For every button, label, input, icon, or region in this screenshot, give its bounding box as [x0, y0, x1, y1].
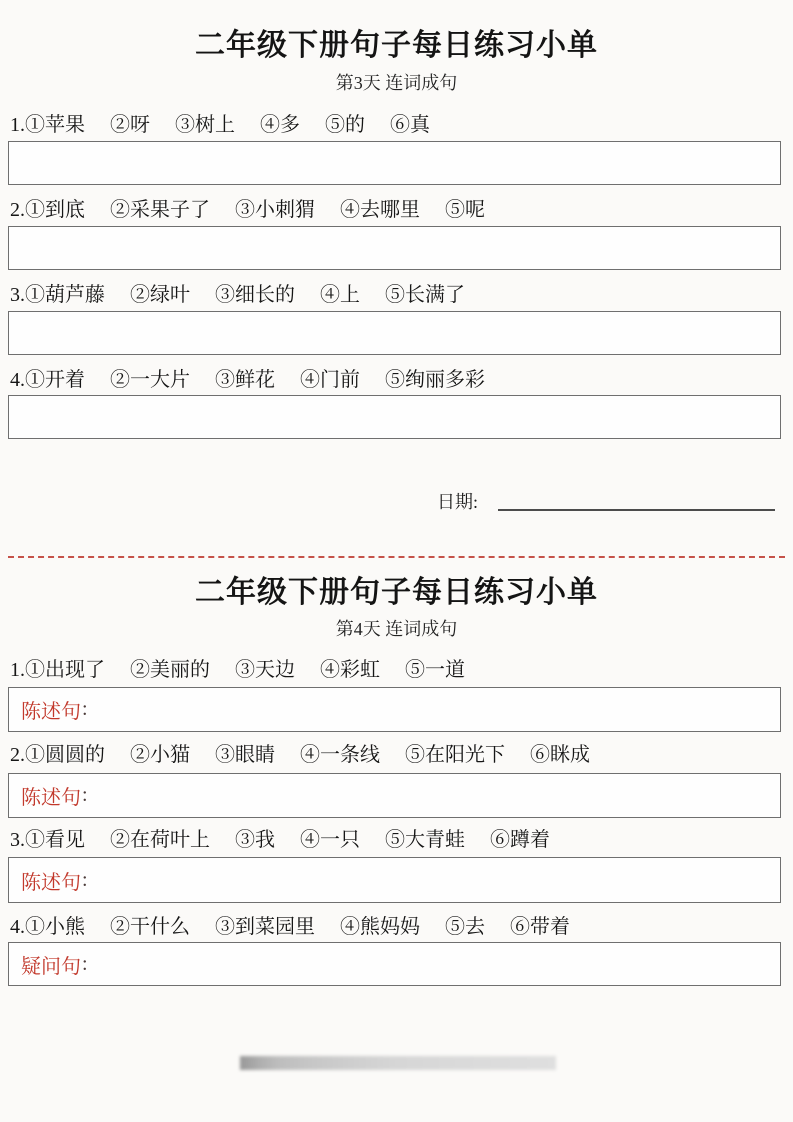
- answer-type-label: 陈述句: [21, 695, 81, 724]
- exercise-words: ①葫芦藤 ②绿叶 ③细长的 ④上 ⑤长满了: [25, 284, 465, 306]
- answer-type-label: 陈述句: [21, 781, 81, 810]
- answer-label-colon: :: [82, 784, 88, 807]
- dashed-section-divider: [8, 556, 785, 558]
- exercise-words: ①苹果 ②呀 ③树上 ④多 ⑤的 ⑥真: [25, 114, 430, 136]
- worksheet-page: 二年级下册句子每日练习小单 第3天 连词成句 1.①苹果 ②呀 ③树上 ④多 ⑤…: [0, 0, 793, 1122]
- exercise-number: 1.: [10, 659, 25, 681]
- exercise-number: 4.: [10, 369, 25, 391]
- answer-box[interactable]: [8, 141, 781, 185]
- answer-box[interactable]: 陈述句:: [8, 773, 781, 818]
- exercise-number: 2.: [10, 199, 25, 221]
- exercise-number: 3.: [10, 284, 25, 306]
- exercise-prompt: 2.①到底 ②采果子了 ③小刺猬 ④去哪里 ⑤呢: [10, 193, 785, 222]
- exercise-prompt: 4.①小熊 ②干什么 ③到菜园里 ④熊妈妈 ⑤去 ⑥带着: [10, 910, 785, 939]
- exercise-words: ①开着 ②一大片 ③鲜花 ④门前 ⑤绚丽多彩: [25, 369, 485, 391]
- exercise-prompt: 4.①开着 ②一大片 ③鲜花 ④门前 ⑤绚丽多彩: [10, 363, 785, 392]
- answer-box[interactable]: [8, 226, 781, 270]
- date-label: 日期:: [437, 488, 478, 514]
- answer-box[interactable]: 陈述句:: [8, 857, 781, 903]
- section-subtitle-day4: 第4天 连词成句: [0, 615, 793, 641]
- answer-label-colon: :: [82, 698, 88, 721]
- answer-label-colon: :: [82, 869, 88, 892]
- exercise-prompt: 1.①苹果 ②呀 ③树上 ④多 ⑤的 ⑥真: [10, 108, 785, 137]
- date-fill-in-line[interactable]: [498, 492, 775, 511]
- answer-box[interactable]: 疑问句:: [8, 942, 781, 986]
- answer-label-colon: :: [82, 953, 88, 976]
- exercise-words: ①出现了 ②美丽的 ③天边 ④彩虹 ⑤一道: [25, 659, 465, 681]
- exercise-words: ①小熊 ②干什么 ③到菜园里 ④熊妈妈 ⑤去 ⑥带着: [25, 916, 570, 938]
- answer-type-label: 陈述句: [21, 866, 81, 895]
- answer-box[interactable]: [8, 311, 781, 355]
- answer-box[interactable]: 陈述句:: [8, 687, 781, 732]
- page-title: 二年级下册句子每日练习小单: [0, 20, 793, 64]
- exercise-prompt: 3.①看见 ②在荷叶上 ③我 ④一只 ⑤大青蛙 ⑥蹲着: [10, 823, 785, 852]
- exercise-number: 4.: [10, 916, 25, 938]
- blurred-watermark: [240, 1056, 556, 1070]
- exercise-prompt: 2.①圆圆的 ②小猫 ③眼睛 ④一条线 ⑤在阳光下 ⑥眯成: [10, 738, 785, 767]
- exercise-number: 1.: [10, 114, 25, 136]
- exercise-number: 2.: [10, 744, 25, 766]
- exercise-prompt: 3.①葫芦藤 ②绿叶 ③细长的 ④上 ⑤长满了: [10, 278, 785, 307]
- exercise-words: ①到底 ②采果子了 ③小刺猬 ④去哪里 ⑤呢: [25, 199, 485, 221]
- exercise-prompt: 1.①出现了 ②美丽的 ③天边 ④彩虹 ⑤一道: [10, 653, 785, 682]
- exercise-words: ①看见 ②在荷叶上 ③我 ④一只 ⑤大青蛙 ⑥蹲着: [25, 829, 550, 851]
- exercise-number: 3.: [10, 829, 25, 851]
- answer-type-label: 疑问句: [21, 950, 81, 979]
- exercise-words: ①圆圆的 ②小猫 ③眼睛 ④一条线 ⑤在阳光下 ⑥眯成: [25, 744, 590, 766]
- answer-box[interactable]: [8, 395, 781, 439]
- section-subtitle-day3: 第3天 连词成句: [0, 69, 793, 95]
- page-title-day4: 二年级下册句子每日练习小单: [0, 567, 793, 611]
